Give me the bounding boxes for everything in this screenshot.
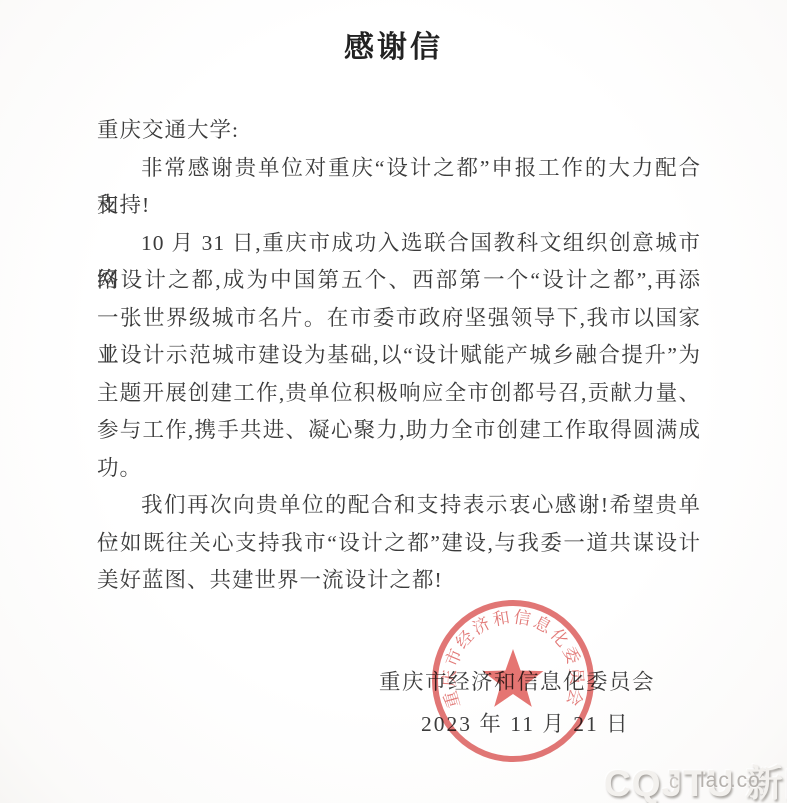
letter-line: 一如既往关心支持我市“设计之都”建设,与我委一道共谋设计 xyxy=(97,525,701,563)
letter-line: 非常感谢贵单位对重庆“设计之都”申报工作的大力配合和 xyxy=(97,150,701,188)
letter-line: 一张世界级城市名片。在市委市政府坚强领导下,我市以国家工 xyxy=(97,300,701,338)
letter-line: 参与工作,携手共进、凝心聚力,助力全市创建工作取得圆满成 xyxy=(97,412,701,450)
letter-line: 络设计之都,成为中国第五个、西部第一个“设计之都”,再添 xyxy=(97,262,701,300)
watermark-overlay-prefix: c xyxy=(669,771,679,794)
watermark-overlay-text: lac.co xyxy=(700,769,761,793)
letter-body: 重庆交通大学: 非常感谢贵单位对重庆“设计之都”申报工作的大力配合和 支持! 1… xyxy=(97,112,701,600)
official-seal: 重庆市经济和信息化委员会 xyxy=(413,581,613,781)
letter-line: 业设计示范城市建设为基础,以“设计赋能产城乡融合提升”为 xyxy=(97,337,701,375)
letter-line: 10 月 31 日,重庆市成功入选联合国教科文组织创意城市网 xyxy=(97,225,701,263)
letter-page: 感谢信 重庆交通大学: 非常感谢贵单位对重庆“设计之都”申报工作的大力配合和 支… xyxy=(0,0,787,803)
star-icon xyxy=(483,649,544,707)
letter-line: 我们再次向贵单位的配合和支持表示衷心感谢!希望贵单位 xyxy=(97,487,701,525)
letter-line: 支持! xyxy=(97,187,701,225)
letter-line: 主题开展创建工作,贵单位积极响应全市创都号召,贡献力量、 xyxy=(97,375,701,413)
letter-line: 功。 xyxy=(97,450,701,488)
salutation: 重庆交通大学: xyxy=(97,112,701,150)
letter-title: 感谢信 xyxy=(0,22,787,66)
